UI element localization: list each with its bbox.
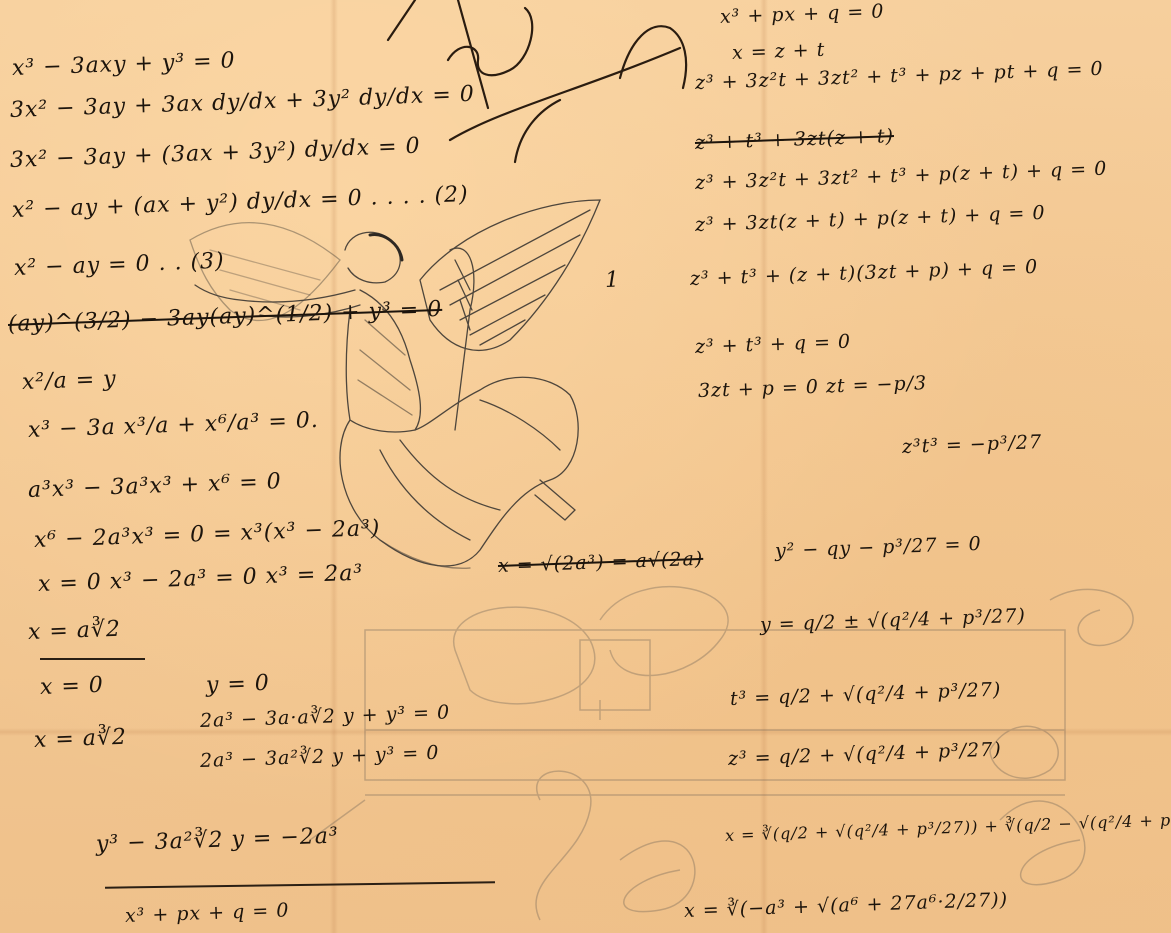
equation-y-zero: y = 0 (206, 671, 271, 698)
equation-x-root-2: x = a∛2 (34, 725, 128, 753)
equation-substitution: x = z + t (732, 39, 826, 64)
underline-rule (40, 658, 145, 660)
equation-x-root: x = a∛2 (28, 617, 122, 645)
equation-x-zero: x = 0 (40, 673, 105, 700)
equation-y-substitution: x²/a = y (22, 367, 117, 395)
marginal-mark: 1 (605, 267, 621, 293)
